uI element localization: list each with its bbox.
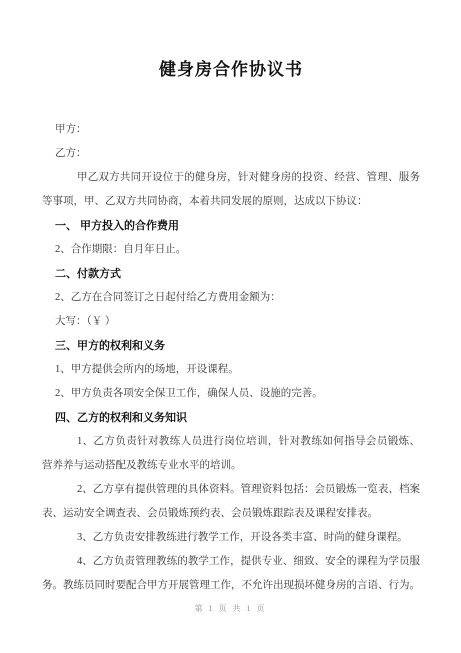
party-b-label: 乙方： <box>42 142 420 166</box>
page-title: 健身房合作协议书 <box>42 58 420 82</box>
party-a-label: 甲方： <box>42 118 420 142</box>
intro-paragraph: 甲乙双方共同开设位于的健身房，针对健身房的投资、经营、管理、服务等事项，甲、乙双… <box>42 166 420 214</box>
page-footer: 第 1 页 共 1 页 <box>0 603 461 615</box>
section-2-clause-2: 大写：（￥ ） <box>42 310 420 334</box>
section-2-clause-1: 2、乙方在合同签订之日起付给乙方费用金额为： <box>42 286 420 310</box>
section-1-clause-1: 2、合作期限：自月年日止。 <box>42 238 420 262</box>
section-3-clause-2: 2、甲方负责各项安全保卫工作，确保人员、设施的完善。 <box>42 382 420 406</box>
document-page: 健身房合作协议书 甲方： 乙方： 甲乙双方共同开设位于的健身房，针对健身房的投资… <box>0 0 461 653</box>
section-3-clause-1: 1、甲方提供会所内的场地，开设课程。 <box>42 358 420 382</box>
section-4-clause-2: 2、乙方享有提供管理的具体资料。管理资料包括：会员锻炼一览表、档案表、运动安全调… <box>42 478 420 526</box>
section-4-clause-1: 1、乙方负责针对教练人员进行岗位培训，针对教练如何指导会员锻炼、 营养养与运动搭… <box>42 430 420 478</box>
section-4-clause-3: 3、乙方负责安排教练进行教学工作，开设各类丰富、时尚的健身课程。 <box>42 526 420 550</box>
section-4-clause-4: 4、乙方负责管理教练的教学工作，提供专业、细致、安全的课程为学员服务。教练员同时… <box>42 550 420 598</box>
section-3-heading: 三、甲方的权利和义务 <box>42 334 420 358</box>
section-4-heading: 四、乙方的权利和义务知识 <box>42 406 420 430</box>
section-1-heading: 一、 甲方投入的合作费用 <box>42 214 420 238</box>
section-2-heading: 二、付款方式 <box>42 262 420 286</box>
